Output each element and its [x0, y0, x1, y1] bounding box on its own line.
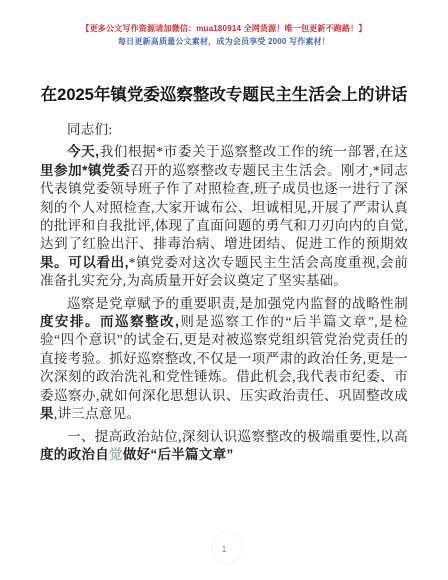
- text-segment: 度安排。而巡察整改,: [40, 314, 179, 329]
- text-segment: 做好“后半篇文章”: [123, 447, 234, 462]
- text-segment: 果。可以看出,: [40, 255, 129, 270]
- paragraph: 今天,我们根据*市委关于巡察整改工作的统一部署,在这里参加*镇党委召开的巡察整改…: [40, 143, 408, 290]
- page-number: 1: [0, 544, 448, 554]
- paragraph: 同志们:: [40, 121, 408, 139]
- text-segment: 果: [40, 406, 54, 421]
- header-ad-line-2: 每日更新高质量公文素材，成为会员享受 2000 写作素材！: [0, 35, 448, 48]
- text-segment: 今天,: [67, 144, 99, 159]
- text-segment: 度的政治自: [40, 447, 109, 462]
- text-segment: ,讲三点意见。: [54, 406, 140, 421]
- header-ad: 【更多公文写作资源请加微信：mua180914 全网货源！唯一包更新不跑路！】 …: [0, 0, 448, 48]
- text-segment: 一、提高政治站位,深刻认识巡察整改的极端重要性,以高: [67, 429, 408, 444]
- paragraph: 巡察是党章赋予的重要职责,是加强党内监督的战略性制度安排。而巡察整改,则是巡察工…: [40, 295, 408, 424]
- document-title: 在2025年镇党委巡察整改专题民主生活会上的讲话: [35, 84, 413, 107]
- document-body: 同志们:今天,我们根据*市委关于巡察整改工作的统一部署,在这里参加*镇党委召开的…: [40, 121, 408, 464]
- text-segment: 里参加*镇党委: [40, 163, 130, 178]
- paragraph: 一、提高政治站位,深刻认识巡察整改的极端重要性,以高度的政治自觉做好“后半篇文章…: [40, 428, 408, 465]
- header-ad-line-1: 【更多公文写作资源请加微信：mua180914 全网货源！唯一包更新不跑路！】: [0, 22, 448, 35]
- text-segment: 觉: [109, 447, 123, 462]
- document-page: 【更多公文写作资源请加微信：mua180914 全网货源！唯一包更新不跑路！】 …: [0, 0, 448, 580]
- text-segment: 同志们:: [67, 122, 112, 137]
- text-segment: 巡察是党章赋予的重要职责,是加强党内监督的战略性制: [67, 296, 408, 311]
- text-segment: 我们根据*市委关于巡察整改工作的统一部署,在这: [99, 144, 408, 159]
